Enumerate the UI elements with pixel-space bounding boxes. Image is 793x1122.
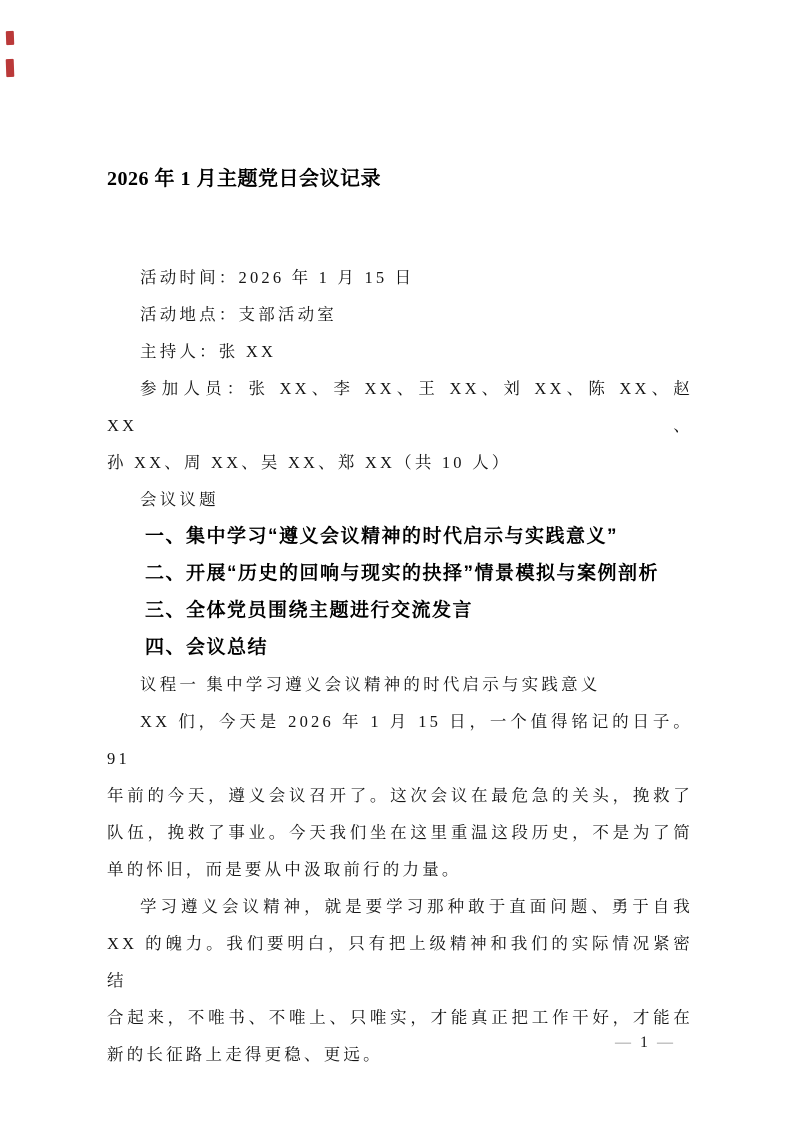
- paragraph-1-line-3: 队伍，挽救了事业。今天我们坐在这里重温这段历史，不是为了简: [107, 814, 693, 851]
- page-number: —1—: [615, 1032, 673, 1054]
- page-number-left-dash: —: [615, 1034, 631, 1051]
- topic-item-4: 四、会议总结: [107, 629, 693, 666]
- meeting-topics-label: 会议议题: [107, 481, 693, 518]
- page-number-right-dash: —: [657, 1034, 673, 1051]
- page-number-value: 1: [640, 1034, 648, 1051]
- agenda-one-heading: 议程一 集中学习遵义会议精神的时代启示与实践意义: [107, 666, 693, 703]
- meta-activity-time: 活动时间：2026 年 1 月 15 日: [107, 259, 693, 296]
- red-edge-mark-icon: [6, 31, 14, 45]
- red-edge-mark-icon: [6, 59, 15, 77]
- meta-activity-location: 活动地点：支部活动室: [107, 296, 693, 333]
- paragraph-1-line-4: 单的怀旧，而是要从中汲取前行的力量。: [107, 851, 693, 888]
- document-body: 活动时间：2026 年 1 月 15 日 活动地点：支部活动室 主持人：张 XX…: [107, 259, 693, 1073]
- paragraph-1-line-2: 年前的今天，遵义会议召开了。这次会议在最危急的关头，挽救了: [107, 777, 693, 814]
- paragraph-1-line-1: XX 们，今天是 2026 年 1 月 15 日，一个值得铭记的日子。91: [107, 703, 693, 777]
- paragraph-2-line-3: 合起来，不唯书、不唯上、只唯实，才能真正把工作干好，才能在: [107, 999, 693, 1036]
- topic-item-3: 三、全体党员围绕主题进行交流发言: [107, 592, 693, 629]
- paragraph-2-line-1: 学习遵义会议精神，就是要学习那种敢于直面问题、勇于自我: [107, 888, 693, 925]
- document-title: 2026 年 1 月主题党日会议记录: [107, 163, 707, 195]
- paragraph-2-line-2: XX 的魄力。我们要明白，只有把上级精神和我们的实际情况紧密结: [107, 925, 693, 999]
- topic-item-2: 二、开展“历史的回响与现实的抉择”情景模拟与案例剖析: [107, 555, 693, 592]
- document-page: 2026 年 1 月主题党日会议记录 活动时间：2026 年 1 月 15 日 …: [0, 0, 793, 1122]
- paragraph-2-line-4: 新的长征路上走得更稳、更远。: [107, 1036, 693, 1073]
- meta-host: 主持人：张 XX: [107, 333, 693, 370]
- participants-line-2: 孙 XX、周 XX、吴 XX、郑 XX（共 10 人）: [107, 444, 693, 481]
- topic-item-1: 一、集中学习“遵义会议精神的时代启示与实践意义”: [107, 518, 693, 555]
- participants-line-1: 参加人员：张 XX、李 XX、王 XX、刘 XX、陈 XX、赵 XX、: [107, 370, 693, 444]
